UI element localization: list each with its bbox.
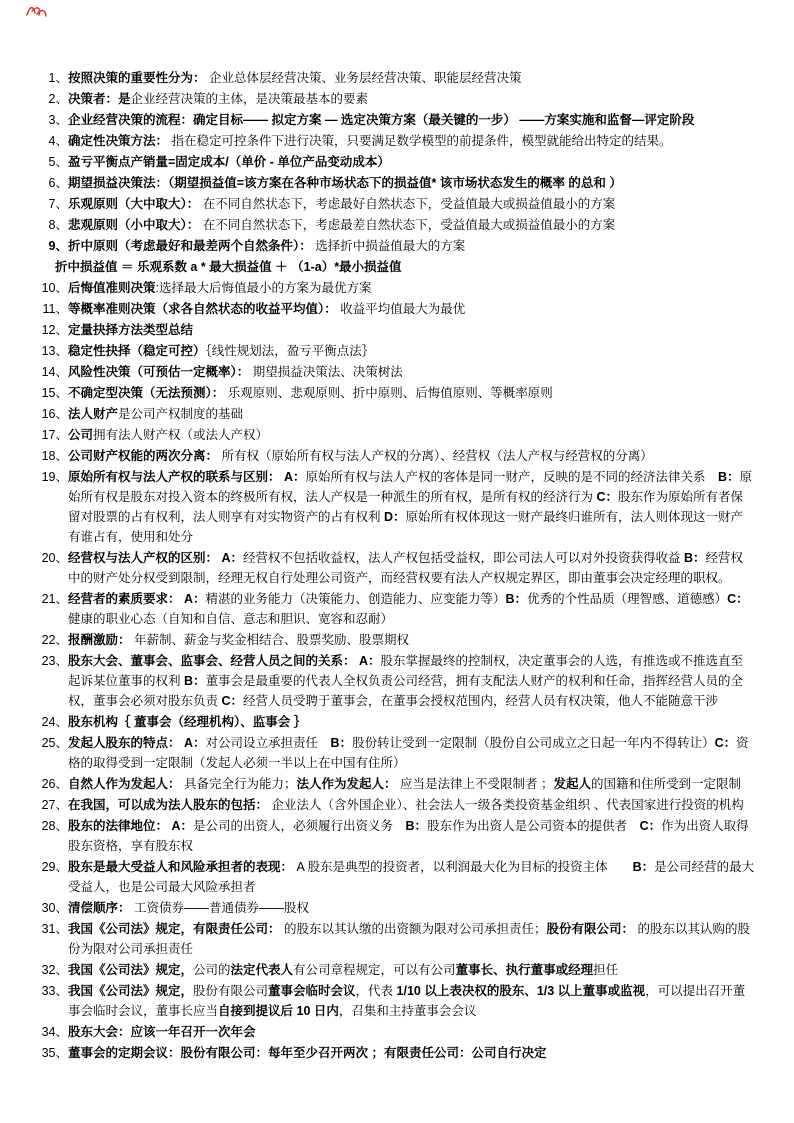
item-text: 股东大会、董事会、监事会、经营人员之间的关系： A：股东掌握最终的控制权，决定董… [68,651,755,711]
item-text: 悲观原则（小中取大）： 在不同自然状态下，考虑最差自然状态下，受益值最大或损益值… [68,215,755,235]
list-item: 4、确定性决策方法： 指在稳定可控条件下进行决策，只要满足数学模型的前提条件，模… [41,131,755,151]
item-number: 17、 [41,425,68,445]
list-item: 28、股东的法律地位： A：是公司的出资人，必须履行出资义务 B：股东作为出资人… [41,816,755,856]
item-number: 20、 [41,548,68,588]
item-text: 在我国，可以成为法人股东的包括： 企业法人（含外国企业）、社会法人一级各类投资基… [68,795,755,815]
item-text: 等概率准则决策（求各自然状态的收益平均值）： 收益平均值最大为最优 [68,299,755,319]
notes-list: 1、按照决策的重要性分为： 企业总体层经营决策、业务层经营决策、职能层经营决策2… [41,68,755,1064]
list-item: 6、期望损益决策法：（期望损益值=该方案在各种市场状态下的损益值* 该市场状态发… [41,173,755,193]
list-item: 14、风险性决策（可预估一定概率）： 期望损益决策法、决策树法 [41,362,755,382]
item-text: 期望损益决策法：（期望损益值=该方案在各种市场状态下的损益值* 该市场状态发生的… [68,173,755,193]
item-text: 经营权与法人产权的区别： A：经营权不包括收益权，法人产权包括受益权，即公司法人… [68,548,755,588]
list-item: 17、公司拥有法人财产权（或法人产权） [41,425,755,445]
item-number: 10、 [41,278,68,298]
item-number: 29、 [41,857,68,897]
list-item: 29、股东是最大受益人和风险承担者的表现： A 股东是典型的投资者，以利润最大化… [41,857,755,897]
item-text: 自然人作为发起人： 具备完全行为能力；法人作为发起人： 应当是法律上不受限制者 … [68,774,755,794]
list-item: 32、我国《公司法》规定，公司的法定代表人有公司章程规定，可以有公司董事长、执行… [41,960,755,980]
item-number: 14、 [41,362,68,382]
list-item: 9、折中原则（考虑最好和最差两个自然条件）： 选择折中损益值最大的方案 [41,236,755,256]
list-item: 35、董事会的定期会议：股份有限公司：每年至少召开两次 ；有限责任公司：公司自行… [41,1043,755,1063]
item-text: 后悔值准则决策:选择最大后悔值最小的方案为最优方案 [68,278,755,298]
item-text: 董事会的定期会议：股份有限公司：每年至少召开两次 ；有限责任公司：公司自行决定 [68,1043,755,1063]
item-text: 公司拥有法人财产权（或法人产权） [68,425,755,445]
item-text: 不确定型决策（无法预测）： 乐观原则、悲观原则、折中原则、后悔值原则、等概率原则 [68,383,755,403]
item-text: 折中原则（考虑最好和最差两个自然条件）： 选择折中损益值最大的方案 [68,236,755,256]
item-text: 经营者的素质要求： A：精湛的业务能力（决策能力、创造能力、应变能力等）B：优秀… [68,589,755,629]
list-item: 31、我国《公司法》规定，有限责任公司： 的股东以其认缴的出资额为限对公司承担责… [41,919,755,959]
item-number: 7、 [41,194,68,214]
list-item: 22、报酬激励： 年薪制、薪金与奖金相结合、股票奖励、股票期权 [41,630,755,650]
list-item: 15、不确定型决策（无法预测）： 乐观原则、悲观原则、折中原则、后悔值原则、等概… [41,383,755,403]
item-text: 确定性决策方法： 指在稳定可控条件下进行决策，只要满足数学模型的前提条件，模型就… [68,131,755,151]
item-text: 决策者：是企业经营决策的主体，是决策最基本的要素 [68,89,755,109]
item-number: 28、 [41,816,68,856]
item-number: 3、 [41,110,68,130]
list-item: 8、悲观原则（小中取大）： 在不同自然状态下，考虑最差自然状态下，受益值最大或损… [41,215,755,235]
item-text: 我国《公司法》规定，股份有限公司董事会临时会议，代表 1/10 以上表决权的股东… [68,981,755,1021]
item-number: 24、 [41,712,68,732]
item-number: 27、 [41,795,68,815]
list-item: 23、股东大会、董事会、监事会、经营人员之间的关系： A：股东掌握最终的控制权，… [41,651,755,711]
list-item: 33、我国《公司法》规定，股份有限公司董事会临时会议，代表 1/10 以上表决权… [41,981,755,1021]
item-text: 发起人股东的特点： A：对公司设立承担责任 B：股份转让受到一定限制（股份自公司… [68,733,755,773]
item-number: 11、 [41,299,68,319]
item-number: 1、 [41,68,68,88]
item-number: 35、 [41,1043,68,1063]
item-text: 股东是最大受益人和风险承担者的表现： A 股东是典型的投资者，以利润最大化为目标… [68,857,755,897]
red-pen-mark [24,3,50,19]
item-text: 定量抉择方法类型总结 [68,320,755,340]
item-number: 12、 [41,320,68,340]
item-number: 5、 [41,152,68,172]
list-item: 18、公司财产权能的两次分离： 所有权（原始所有权与法人产权的分离）、经营权（法… [41,446,755,466]
list-item: 25、发起人股东的特点： A：对公司设立承担责任 B：股份转让受到一定限制（股份… [41,733,755,773]
item-text: 按照决策的重要性分为： 企业总体层经营决策、业务层经营决策、职能层经营决策 [68,68,755,88]
list-item: 20、经营权与法人产权的区别： A：经营权不包括收益权，法人产权包括受益权，即公… [41,548,755,588]
item-text: 我国《公司法》规定，有限责任公司： 的股东以其认缴的出资额为限对公司承担责任；股… [68,919,755,959]
item-number: 30、 [41,898,68,918]
list-item: 34、股东大会：应该一年召开一次年会 [41,1022,755,1042]
item-number: 16、 [41,404,68,424]
list-item: 11、等概率准则决策（求各自然状态的收益平均值）： 收益平均值最大为最优 [41,299,755,319]
item-number: 34、 [41,1022,68,1042]
item-number: 9、 [41,236,68,256]
list-item: 24、股东机构｛ 董事会（经理机构）、监事会 ｝ [41,712,755,732]
item-number: 33、 [41,981,68,1021]
item-number: 26、 [41,774,68,794]
item-text: 乐观原则（大中取大）： 在不同自然状态下，考虑最好自然状态下，受益值最大或损益值… [68,194,755,214]
item-number: 21、 [41,589,68,629]
item-text: 公司财产权能的两次分离： 所有权（原始所有权与法人产权的分离）、经营权（法人产权… [68,446,755,466]
item-text: 报酬激励： 年薪制、薪金与奖金相结合、股票奖励、股票期权 [68,630,755,650]
item-number: 15、 [41,383,68,403]
list-item: 16、法人财产是公司产权制度的基础 [41,404,755,424]
item-number: 8、 [41,215,68,235]
item-number: 18、 [41,446,68,466]
item-text: 我国《公司法》规定，公司的法定代表人有公司章程规定，可以有公司董事长、执行董事或… [68,960,755,980]
item-text: 法人财产是公司产权制度的基础 [68,404,755,424]
item-text: 风险性决策（可预估一定概率）： 期望损益决策法、决策树法 [68,362,755,382]
item-text: 股东机构｛ 董事会（经理机构）、监事会 ｝ [68,712,755,732]
list-item: 折中损益值 ＝ 乐观系数 a * 最大损益值 ＋ （1-a）*最小损益值 [41,257,755,277]
list-item: 5、盈亏平衡点产销量=固定成本/（单价 - 单位产品变动成本） [41,152,755,172]
item-text: 企业经营决策的流程：确定目标—— 拟定方案 — 选定决策方案（最关键的一步） —… [68,110,755,130]
item-number: 31、 [41,919,68,959]
item-text: 清偿顺序： 工资债券——普通债券——股权 [68,898,755,918]
item-text: 稳定性抉择（稳定可控）｛线性规划法，盈亏平衡点法｝ [68,341,755,361]
list-item: 30、清偿顺序： 工资债券——普通债券——股权 [41,898,755,918]
list-item: 3、企业经营决策的流程：确定目标—— 拟定方案 — 选定决策方案（最关键的一步）… [41,110,755,130]
item-text: 股东的法律地位： A：是公司的出资人，必须履行出资义务 B：股东作为出资人是公司… [68,816,755,856]
list-item: 7、乐观原则（大中取大）： 在不同自然状态下，考虑最好自然状态下，受益值最大或损… [41,194,755,214]
item-number: 32、 [41,960,68,980]
item-number: 2、 [41,89,68,109]
list-item: 27、在我国，可以成为法人股东的包括： 企业法人（含外国企业）、社会法人一级各类… [41,795,755,815]
item-text: 折中损益值 ＝ 乐观系数 a * 最大损益值 ＋ （1-a）*最小损益值 [55,257,755,277]
list-item: 26、自然人作为发起人： 具备完全行为能力；法人作为发起人： 应当是法律上不受限… [41,774,755,794]
item-text: 股东大会：应该一年召开一次年会 [68,1022,755,1042]
item-number: 22、 [41,630,68,650]
list-item: 1、按照决策的重要性分为： 企业总体层经营决策、业务层经营决策、职能层经营决策 [41,68,755,88]
item-text: 盈亏平衡点产销量=固定成本/（单价 - 单位产品变动成本） [68,152,755,172]
item-number: 6、 [41,173,68,193]
list-item: 12、定量抉择方法类型总结 [41,320,755,340]
item-number: 19、 [41,467,68,547]
list-item: 2、决策者：是企业经营决策的主体，是决策最基本的要素 [41,89,755,109]
list-item: 10、后悔值准则决策:选择最大后悔值最小的方案为最优方案 [41,278,755,298]
list-item: 21、经营者的素质要求： A：精湛的业务能力（决策能力、创造能力、应变能力等）B… [41,589,755,629]
item-number: 23、 [41,651,68,711]
item-number: 4、 [41,131,68,151]
item-number: 13、 [41,341,68,361]
list-item: 13、稳定性抉择（稳定可控）｛线性规划法，盈亏平衡点法｝ [41,341,755,361]
item-number: 25、 [41,733,68,773]
list-item: 19、原始所有权与法人产权的联系与区别： A：原始所有权与法人产权的客体是同一财… [41,467,755,547]
document-page: 1、按照决策的重要性分为： 企业总体层经营决策、业务层经营决策、职能层经营决策2… [0,0,794,1123]
item-text: 原始所有权与法人产权的联系与区别： A：原始所有权与法人产权的客体是同一财产，反… [68,467,755,547]
